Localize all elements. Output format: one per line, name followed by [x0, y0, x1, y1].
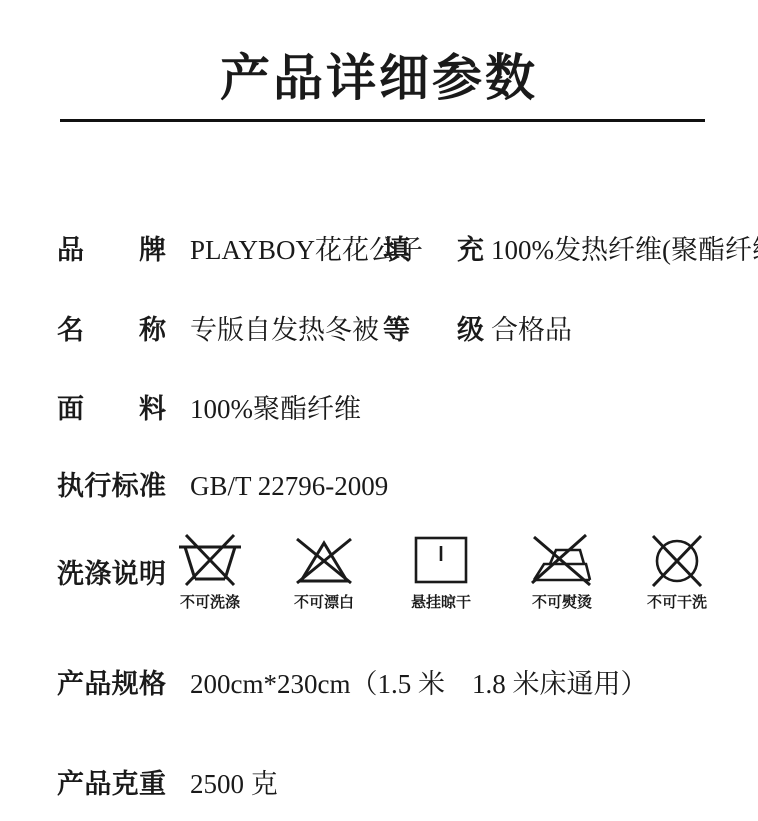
- hang-dry-caption: 悬挂晾干: [393, 591, 489, 612]
- do-not-bleach-icon: [276, 533, 372, 587]
- grade-label: 等级: [383, 314, 484, 346]
- fabric-label: 面料: [57, 393, 166, 425]
- filling-label: 填充: [383, 234, 484, 266]
- row-fabric: 面料100%聚酯纤维: [57, 393, 757, 425]
- size-value: 200cm*230cm（1.5 米 1.8 米床通用）: [190, 668, 647, 700]
- do-not-dry-clean-caption: 不可干洗: [629, 591, 725, 612]
- row-brand-filling: 品牌PLAYBOY花花公子 填充100%发热纤维(聚酯纤维): [57, 234, 757, 266]
- size-label: 产品规格: [57, 668, 166, 700]
- weight-label: 产品克重: [57, 768, 166, 800]
- name-label: 名称: [57, 314, 166, 346]
- name-value: 专版自发热冬被: [190, 314, 379, 346]
- washing-figure-hang-dry: 悬挂晾干: [393, 533, 489, 612]
- hang-dry-icon: [393, 533, 489, 587]
- title-divider-line: [60, 119, 705, 122]
- washing-label: 洗涤说明: [57, 558, 166, 590]
- grade-value: 合格品: [491, 314, 572, 346]
- do-not-wash-caption: 不可洗涤: [162, 591, 258, 612]
- brand-label: 品牌: [57, 234, 166, 266]
- product-parameters-sheet: 产品详细参数 品牌PLAYBOY花花公子 填充100%发热纤维(聚酯纤维) 名称…: [0, 0, 758, 821]
- do-not-wash-icon: [162, 533, 258, 587]
- do-not-bleach-caption: 不可漂白: [276, 591, 372, 612]
- washing-figure-do-not-iron: 不可熨烫: [514, 533, 610, 612]
- filling-value: 100%发热纤维(聚酯纤维): [491, 234, 758, 266]
- do-not-iron-caption: 不可熨烫: [514, 591, 610, 612]
- washing-figure-do-not-bleach: 不可漂白: [276, 533, 372, 612]
- row-weight: 产品克重2500 克: [57, 768, 757, 800]
- do-not-dry-clean-icon: [629, 533, 725, 587]
- weight-value: 2500 克: [190, 768, 278, 800]
- row-size: 产品规格200cm*230cm（1.5 米 1.8 米床通用）: [57, 668, 757, 700]
- do-not-iron-icon: [514, 533, 610, 587]
- fabric-value: 100%聚酯纤维: [190, 393, 361, 425]
- washing-figure-do-not-wash: 不可洗涤: [162, 533, 258, 612]
- washing-figure-do-not-dry-clean: 不可干洗: [629, 533, 725, 612]
- page-title: 产品详细参数: [0, 38, 758, 110]
- standard-value: GB/T 22796-2009: [190, 470, 388, 502]
- standard-label: 执行标准: [57, 470, 166, 502]
- row-standard: 执行标准GB/T 22796-2009: [57, 470, 757, 502]
- row-name-grade: 名称专版自发热冬被 等级合格品: [57, 314, 757, 346]
